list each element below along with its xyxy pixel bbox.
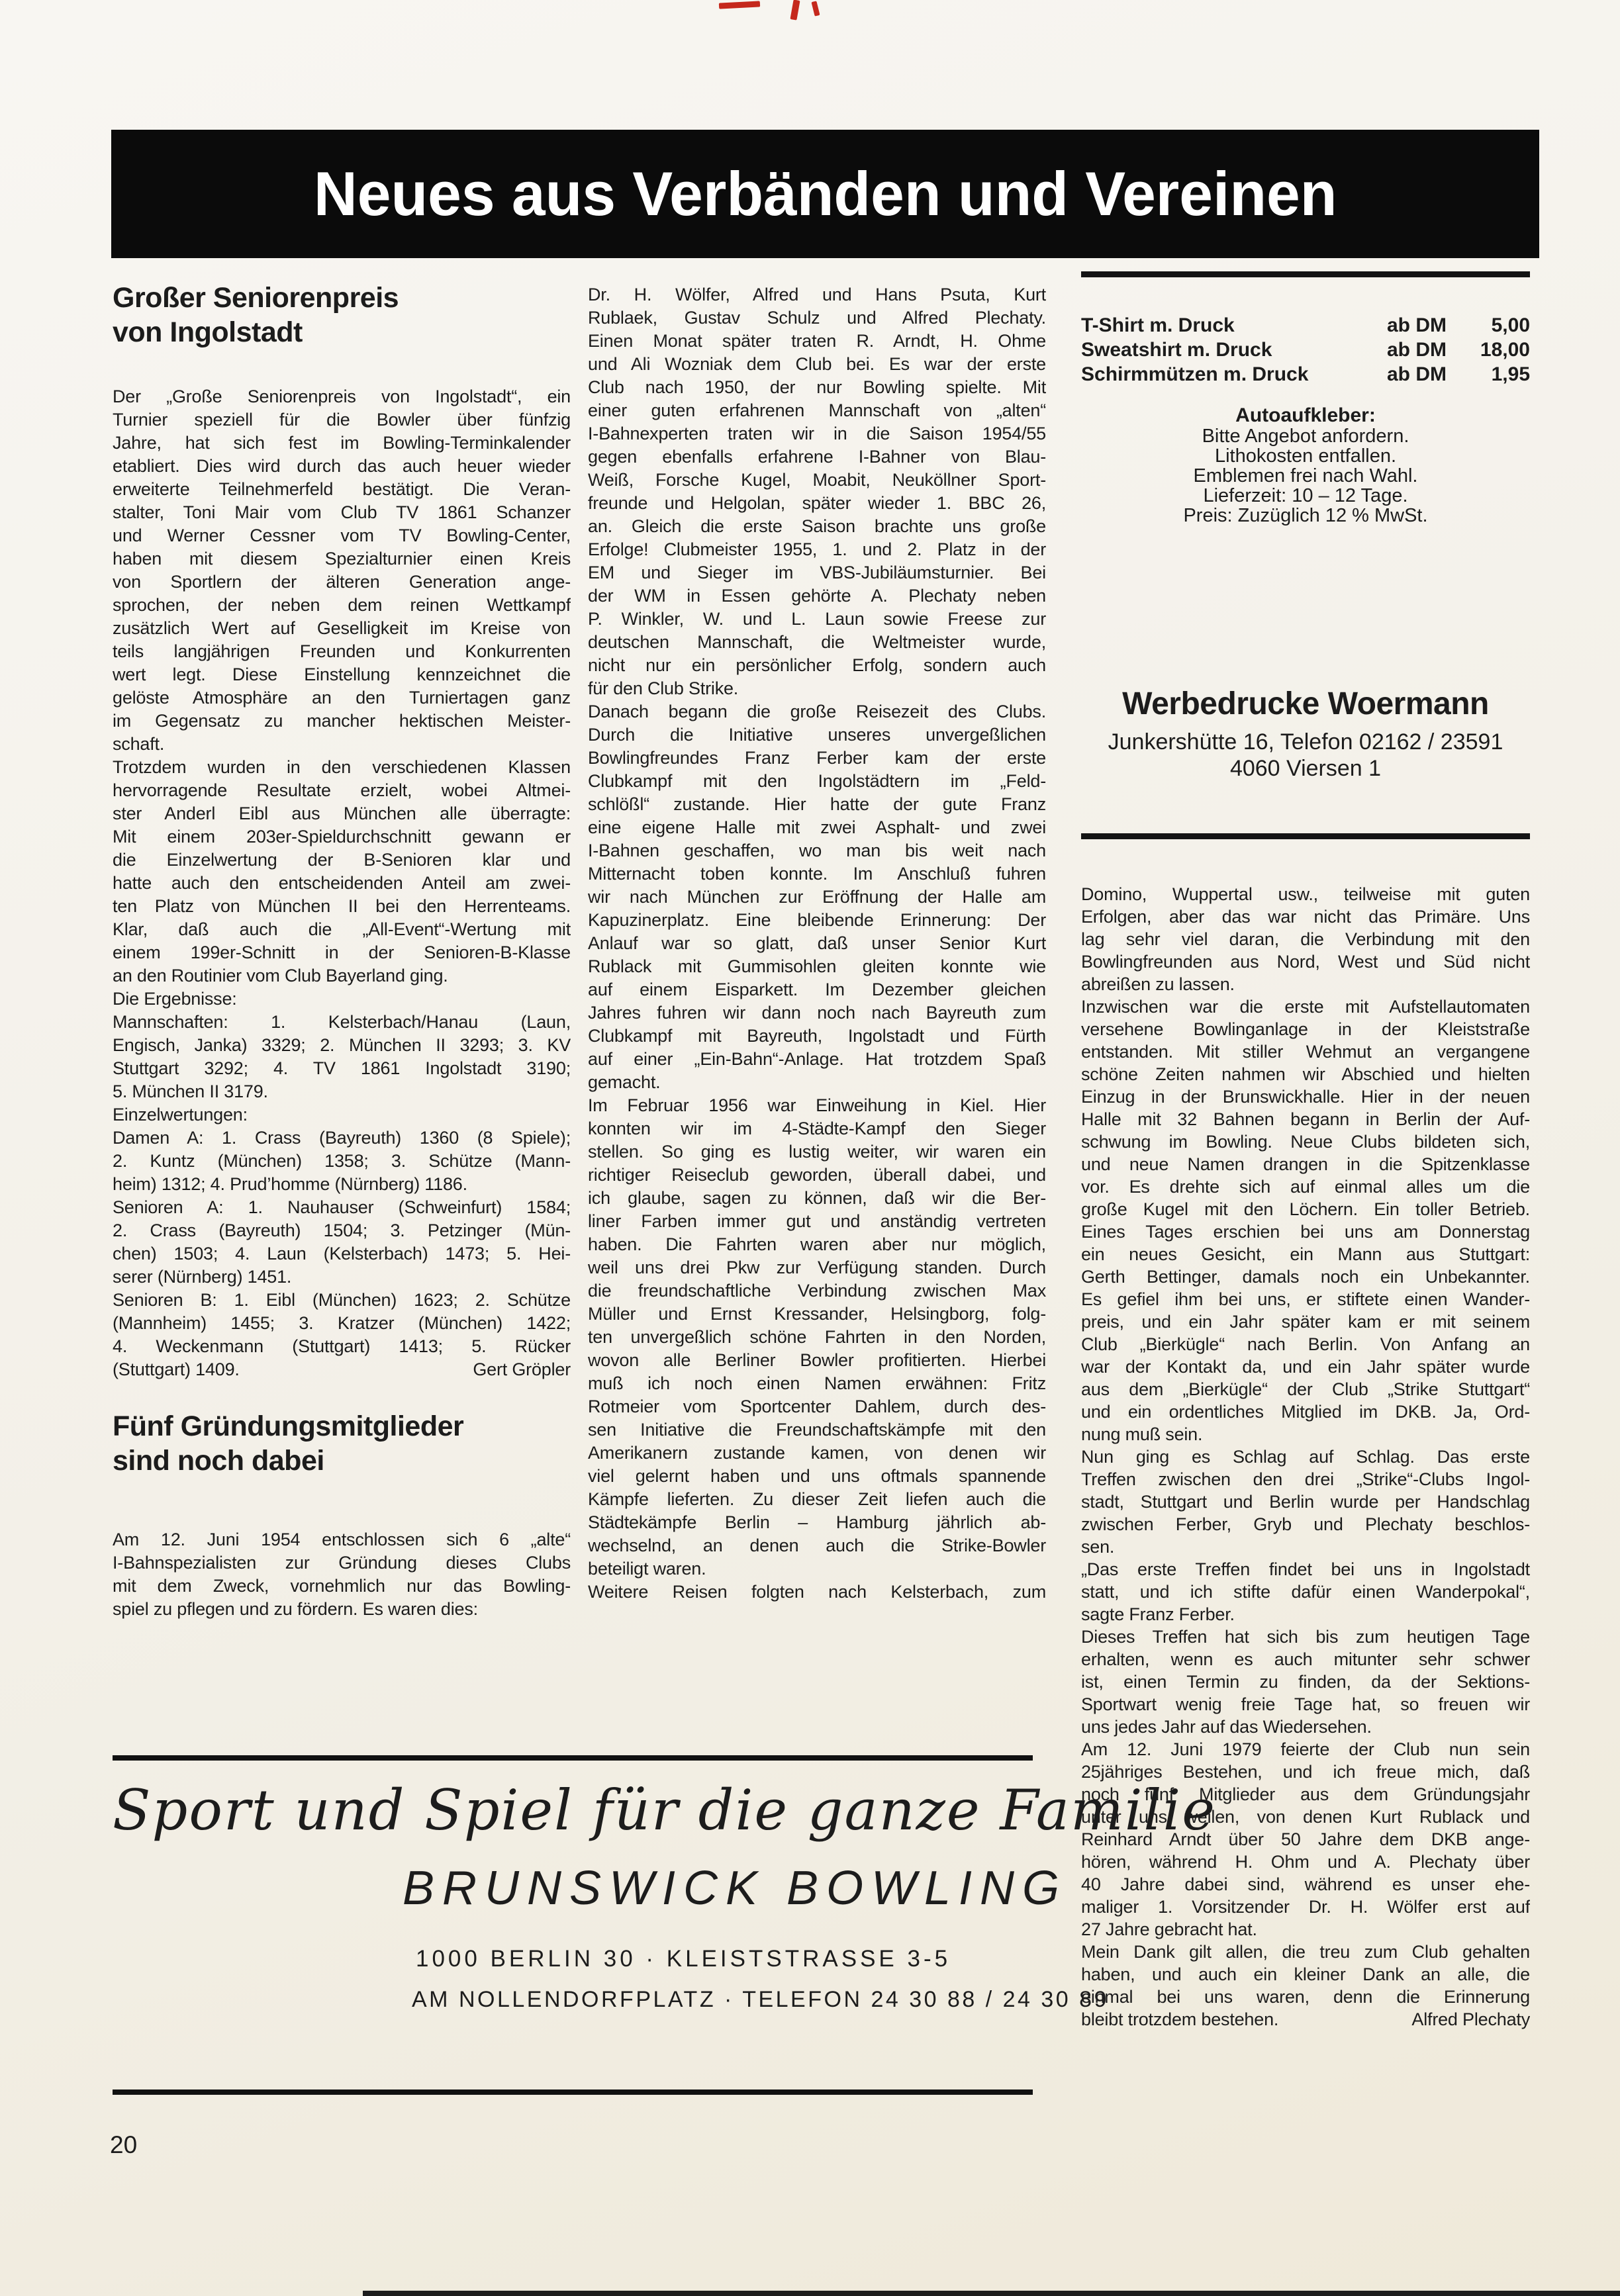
text-line: zwischen Ferber, Gryb und Plechaty besch…	[1081, 1513, 1530, 1536]
price-row: Schirmmützen m. Druckab DM1,95	[1081, 362, 1530, 387]
text-line: etabliert. Dies wird durch das auch heue…	[113, 455, 571, 478]
brunswick-ad-rule-bottom	[113, 2089, 1033, 2095]
text-line: eine eigene Halle mit zwei Asphalt- und …	[588, 816, 1046, 839]
text-line: Weiß, Forsche Kugel, Moabit, Neuköllner …	[588, 469, 1046, 492]
section-banner: Neues aus Verbänden und Vereinen	[111, 130, 1539, 258]
red-ink-mark	[719, 1, 760, 9]
woermann-sticker-lines: Bitte Angebot anfordern.Lithokosten entf…	[1081, 426, 1530, 526]
divider-middle	[1081, 833, 1530, 839]
price-currency: ab DM	[1387, 338, 1447, 362]
text-line: liner Farben immer gut und anständig ver…	[588, 1210, 1046, 1233]
text-line: (Stuttgart) 1409.Gert Gröpler	[113, 1358, 571, 1381]
price-label: Sweatshirt m. Druck	[1081, 338, 1272, 362]
text-line: schöne Zeiten nahmen wir Abschied und hi…	[1081, 1063, 1530, 1085]
section-banner-title: Neues aus Verbänden und Vereinen	[314, 158, 1337, 230]
text-line: der WM in Essen gehörte A. Plechaty nebe…	[588, 584, 1046, 608]
paragraph: Senioren B: 1. Eibl (München) 1623; 2. S…	[113, 1289, 571, 1381]
text-line: Fünf Gründungsmitglieder	[113, 1409, 571, 1444]
text-line: an den Routinier vom Club Bayerland ging…	[113, 964, 571, 987]
text-line: spiel zu pflegen und zu fördern. Es ware…	[113, 1598, 571, 1621]
article1-heading: Großer Seniorenpreisvon Ingolstadt	[113, 281, 571, 349]
text-line: I-Bahnexperten traten wir in die Saison …	[588, 422, 1046, 445]
text-line: Trotzdem wurden in den verschiedenen Kla…	[113, 756, 571, 779]
text-line: uns jedes Jahr auf das Wiedersehen.	[1081, 1716, 1530, 1738]
text-line: richtiger Reiseclub geworden, überall da…	[588, 1164, 1046, 1187]
text-line: Senioren B: 1. Eibl (München) 1623; 2. S…	[113, 1289, 571, 1312]
text-line: sind noch dabei	[113, 1444, 571, 1478]
text-line: für den Club Strike.	[588, 677, 1046, 700]
text-line: ten unvergeßlich schöne Fahrten in den N…	[588, 1326, 1046, 1349]
brunswick-ad-company: BRUNSWICK BOWLING	[403, 1861, 1033, 1915]
text-line: und Werner Cessner vom TV Bowling-Center…	[113, 524, 571, 547]
signature: Gert Gröpler	[473, 1358, 571, 1381]
divider-top	[1081, 271, 1530, 277]
text-line: gelöste Atmosphäre an den Turniertagen g…	[113, 686, 571, 710]
text-line: 2. Crass (Bayreuth) 1504; 3. Petzinger (…	[113, 1219, 571, 1242]
red-ink-mark	[790, 0, 800, 21]
text-line: Turnier speziell für die Bowler über fün…	[113, 408, 571, 432]
text-line: wovon alle Berliner Bowler profitierten.…	[588, 1349, 1046, 1372]
text-line: Durch die Initiative unseres unvergeßlic…	[588, 723, 1046, 747]
text-line: „Das erste Treffen findet bei uns in Ing…	[1081, 1558, 1530, 1581]
text-line: sen Initiative die Freundschaftskämpfe m…	[588, 1418, 1046, 1442]
text-line: viel gelernt haben und uns oftmals spann…	[588, 1465, 1046, 1488]
text-line: Müller und Ernst Kressander, Helsingborg…	[588, 1303, 1046, 1326]
text-line: Danach begann die große Reisezeit des Cl…	[588, 700, 1046, 723]
text-line: entstanden. Mit stiller Wehmut an vergan…	[1081, 1040, 1530, 1063]
signature: Alfred Plechaty	[1411, 2008, 1530, 2031]
text-line: 4060 Viersen 1	[1081, 755, 1530, 782]
text-line: (Mannheim) 1455; 3. Kratzer (München) 14…	[113, 1312, 571, 1335]
text-line: Großer Seniorenpreis	[113, 281, 571, 315]
text-line: Rublaek, Gustav Schulz und Alfred Plecha…	[588, 306, 1046, 330]
price-value: 18,00	[1457, 338, 1530, 362]
text-line: Mit einem 203er-Spieldurchschnitt gewann…	[113, 825, 571, 849]
text-line: serer (Nürnberg) 1451.	[113, 1265, 571, 1289]
paragraph: Senioren A: 1. Nauhauser (Schweinfurt) 1…	[113, 1196, 571, 1289]
text-line: Es gefiel ihm bei uns, er stiftete einen…	[1081, 1288, 1530, 1310]
paragraph: Trotzdem wurden in den verschiedenen Kla…	[113, 756, 571, 987]
paragraph: Im Februar 1956 war Einweihung in Kiel. …	[588, 1094, 1046, 1581]
text-line: wechselnd, an denen auch die Strike-Bowl…	[588, 1534, 1046, 1557]
text-line: Stuttgart 3292; 4. TV 1861 Ingolstadt 31…	[113, 1057, 571, 1080]
text-line: I-Bahnspezialisten zur Gründung dieses C…	[113, 1551, 571, 1575]
text-line: im Gegensatz zu mancher hektischen Meist…	[113, 710, 571, 733]
text-line: abreißen zu lassen.	[1081, 973, 1530, 995]
text-line: Einen Monat später traten R. Arndt, H. O…	[588, 330, 1046, 353]
text-line: lag sehr viel daran, die Verbindung mit …	[1081, 928, 1530, 950]
text-line: weil uns drei Pkw zur Verfügung standen.…	[588, 1256, 1046, 1279]
text-line: ich glaube, sagen zu können, daß wir die…	[588, 1187, 1046, 1210]
text-line: einem 199er-Schnitt in der Senioren-B-Kl…	[113, 941, 571, 964]
text-line: Die Ergebnisse:	[113, 987, 571, 1011]
column-left: Großer Seniorenpreisvon Ingolstadt Der „…	[113, 281, 571, 1621]
text-line: preis, und ein Jahr später kam er mit se…	[1081, 1310, 1530, 1333]
page-number: 20	[110, 2131, 137, 2159]
paragraph: Dieses Treffen hat sich bis zum heutigen…	[1081, 1626, 1530, 1738]
text-line: muß ich noch einen Namen erwähnen: Fritz	[588, 1372, 1046, 1395]
text-line: und ein ordentliches Mitglied im DKB. Ja…	[1081, 1401, 1530, 1423]
text-line: Mannschaften: 1. Kelsterbach/Hanau (Laun…	[113, 1011, 571, 1034]
text-line: 40 Jahre dabei sind, während es unser eh…	[1081, 1873, 1530, 1896]
paragraph: „Das erste Treffen findet bei uns in Ing…	[1081, 1558, 1530, 1626]
paragraph: Nun ging es Schlag auf Schlag. Das erste…	[1081, 1446, 1530, 1558]
paragraph: Damen A: 1. Crass (Bayreuth) 1360 (8 Spi…	[113, 1126, 571, 1196]
text-line: heim) 1312; 4. Prud’homme (Nürnberg) 118…	[113, 1173, 571, 1196]
text-line: sen.	[1081, 1536, 1530, 1558]
woermann-sticker-block: Autoaufkleber: Bitte Angebot anfordern.L…	[1081, 405, 1530, 526]
paragraph: Danach begann die große Reisezeit des Cl…	[588, 700, 1046, 1094]
text-line: Einzelwertungen:	[113, 1103, 571, 1126]
text-line: Bowlingfreundes Franz Ferber kam der ers…	[588, 747, 1046, 770]
article2-column2-text: Dr. H. Wölfer, Alfred und Hans Psuta, Ku…	[588, 283, 1046, 1604]
text-line: Engisch, Janka) 3329; 2. München II 3293…	[113, 1034, 571, 1057]
text-line: aus dem „Bierkügle“ der Club „Strike Stu…	[1081, 1378, 1530, 1401]
text-line: Club „Bierkügle“ nach Berlin. Von Anfang…	[1081, 1333, 1530, 1355]
price-value: 1,95	[1457, 362, 1530, 387]
text-line: Lithokosten entfallen.	[1081, 446, 1530, 466]
text-line: auf einem Eisparkett. Im Dezember gleich…	[588, 978, 1046, 1001]
text-line: Dieses Treffen hat sich bis zum heutigen…	[1081, 1626, 1530, 1648]
text-line: einmal bei uns waren, denn die Erinnerun…	[1081, 1986, 1530, 2008]
text-line: Amerikanern zustande kamen, von denen wi…	[588, 1442, 1046, 1465]
text-line: gegen ebenfalls erfahrene I-Bahner von B…	[588, 445, 1046, 469]
text-line: große Kugel mit den Löchern. Ein toller …	[1081, 1198, 1530, 1220]
text-line: sagte Franz Ferber.	[1081, 1603, 1530, 1626]
woermann-address: Junkershütte 16, Telefon 02162 / 2359140…	[1081, 729, 1530, 782]
paragraph: Der „Große Seniorenpreis von Ingolstadt“…	[113, 385, 571, 756]
text-line: chen) 1503; 4. Laun (Kelsterbach) 1473; …	[113, 1242, 571, 1265]
text-line: Einzug in der Brunswickhalle. Hier in de…	[1081, 1085, 1530, 1108]
text-line: Gerth Bettinger, damals noch ein Unbekan…	[1081, 1265, 1530, 1288]
brunswick-ad-phone-line: AM NOLLENDORFPLATZ · TELEFON 24 30 88 / …	[412, 1987, 1033, 2013]
text-line: gemacht.	[588, 1071, 1046, 1094]
price-label: Schirmmützen m. Druck	[1081, 362, 1308, 387]
text-line: 4. Weckenmann (Stuttgart) 1413; 5. Rücke…	[113, 1335, 571, 1358]
text-line: und Ali Wozniak dem Club bei. Es war der…	[588, 353, 1046, 376]
text-line: ein neues Gesicht, ein Mann aus Stuttgar…	[1081, 1243, 1530, 1265]
text-line: nicht nur ein persönlicher Erfolg, sonde…	[588, 654, 1046, 677]
text-line: Domino, Wuppertal usw., teilweise mit gu…	[1081, 883, 1530, 905]
text-line: ist, einen Termin zu finden, da der Sekt…	[1081, 1671, 1530, 1693]
text-line: freunde und Helgolan, später wieder 1. B…	[588, 492, 1046, 515]
text-line: ten Platz von München II bei den Herrent…	[113, 895, 571, 918]
text-line: Im Februar 1956 war Einweihung in Kiel. …	[588, 1094, 1046, 1117]
text-line: sprochen, der neben dem reinen Wettkampf	[113, 594, 571, 617]
text-line: Damen A: 1. Crass (Bayreuth) 1360 (8 Spi…	[113, 1126, 571, 1150]
text-line: bleibt trotzdem bestehen.	[1081, 2008, 1278, 2031]
text-line: wert legt. Diese Einstellung kennzeichne…	[113, 663, 571, 686]
text-line: 5. München II 3179.	[113, 1080, 571, 1103]
column-right: T-Shirt m. Druckab DM5,00Sweatshirt m. D…	[1081, 271, 1530, 2031]
text-line: stellen. So ging es lustig weiter, wir w…	[588, 1140, 1046, 1164]
text-line: beteiligt waren.	[588, 1557, 1046, 1581]
price-currency: ab DM	[1387, 362, 1447, 387]
text-line: Sportwart wenig freie Tage hat, so freue…	[1081, 1693, 1530, 1716]
text-line: wir nach München zur Eröffnung der Halle…	[588, 886, 1046, 909]
text-line: P. Winkler, W. und L. Laun sowie Freese …	[588, 608, 1046, 631]
magazine-page: { "colors":{"paper":"#f3f0e9","ink":"#1c…	[0, 0, 1620, 2296]
text-line: Erfolgen, aber das war nicht das Primäre…	[1081, 905, 1530, 928]
price-value: 5,00	[1457, 313, 1530, 338]
text-line: schlößl“ zustande. Hier hatte der gute F…	[588, 793, 1046, 816]
text-line: Bitte Angebot anfordern.	[1081, 426, 1530, 446]
paragraph: Einzelwertungen:	[113, 1103, 571, 1126]
text-line: teils langjährigen Freunden und Konkurre…	[113, 640, 571, 663]
text-line: Am 12. Juni 1979 feierte der Club nun se…	[1081, 1738, 1530, 1761]
scan-bottom-edge	[363, 2291, 1620, 2296]
text-line: maliger 1. Vorsitzender Dr. H. Wölfer er…	[1081, 1896, 1530, 1918]
article1-text: Der „Große Seniorenpreis von Ingolstadt“…	[113, 385, 571, 1381]
text-line: 27 Jahre gebracht hat.	[1081, 1918, 1530, 1941]
woermann-sticker-heading: Autoaufkleber:	[1081, 405, 1530, 426]
text-line: statt, und ich stifte dafür einen Wander…	[1081, 1581, 1530, 1603]
paragraph: Mein Dank gilt allen, die treu zum Club …	[1081, 1941, 1530, 2031]
paragraph: Weitere Reisen folgten nach Kelsterbach,…	[588, 1581, 1046, 1604]
text-line: Club nach 1950, der nur Bowling spielte.…	[588, 376, 1046, 399]
text-line: Preis: Zuzüglich 12 % MwSt.	[1081, 506, 1530, 526]
text-line: von Sportlern der älteren Generation ang…	[113, 571, 571, 594]
text-line: I-Bahnen geschaffen, wo man bis weit nac…	[588, 839, 1046, 862]
paragraph: Am 12. Juni 1954 entschlossen sich 6 „al…	[113, 1528, 571, 1621]
text-line: Rublack mit Gummisohlen gleiten konnte w…	[588, 955, 1046, 978]
text-line: deutschen Mannschaft, die Weltmeister wu…	[588, 631, 1046, 654]
text-line: Nun ging es Schlag auf Schlag. Das erste	[1081, 1446, 1530, 1468]
text-line: Treffen zwischen den drei „Strike“-Clubs…	[1081, 1468, 1530, 1491]
woermann-price-list: T-Shirt m. Druckab DM5,00Sweatshirt m. D…	[1081, 313, 1530, 387]
text-line: hatte auch den entscheidenden Anteil am …	[113, 872, 571, 895]
text-line: konnten wir im 4-Städte-Kampf den Sieger	[588, 1117, 1046, 1140]
text-line: haben, und auch ein kleiner Dank an alle…	[1081, 1963, 1530, 1986]
woermann-company-name: Werbedrucke Woermann	[1081, 686, 1530, 722]
text-line: Der „Große Seniorenpreis von Ingolstadt“…	[113, 385, 571, 408]
text-line: Weitere Reisen folgten nach Kelsterbach,…	[588, 1581, 1046, 1604]
text-line: Anlauf war so glatt, daß unser Senior Ku…	[588, 932, 1046, 955]
text-line: hervorragende Resultate erzielt, wobei A…	[113, 779, 571, 802]
text-line: Kapuzinerplatz. Eine bleibende Erinnerun…	[588, 909, 1046, 932]
text-line: zusätzlich Wert auf Geselligkeit im Krei…	[113, 617, 571, 640]
text-line: Mein Dank gilt allen, die treu zum Club …	[1081, 1941, 1530, 1963]
brunswick-ad-slogan: Sport und Spiel für die ganze Familie	[113, 1778, 1033, 1843]
text-line: Dr. H. Wölfer, Alfred und Hans Psuta, Ku…	[588, 283, 1046, 306]
text-line: nung muß sein.	[1081, 1423, 1530, 1446]
brunswick-ad-rule-top	[113, 1755, 1033, 1761]
text-line: erhalten, wenn es auch mitunter sehr sch…	[1081, 1648, 1530, 1671]
brunswick-ad-address: 1000 BERLIN 30 · KLEISTSTRASSE 3-5	[416, 1946, 1033, 1972]
text-line: versehene Bowlinganlage in der Kleiststr…	[1081, 1018, 1530, 1040]
text-line: haben mit diesem Spezialturnier einen Kr…	[113, 547, 571, 571]
brunswick-ad: Sport und Spiel für die ganze Familie BR…	[113, 1755, 1033, 2095]
text-line: Klar, daß auch die „All-Event“-Wertung m…	[113, 918, 571, 941]
text-line: auf einer „Ein-Bahn“-Anlage. Hat trotzde…	[588, 1048, 1046, 1071]
price-row: T-Shirt m. Druckab DM5,00	[1081, 313, 1530, 338]
article2-heading: Fünf Gründungsmitgliedersind noch dabei	[113, 1409, 571, 1478]
text-line: schwung im Bowling. Neue Clubs bildeten …	[1081, 1130, 1530, 1153]
text-line: die freundschaftliche Verbindung zwische…	[588, 1279, 1046, 1303]
text-line: ster Anderl Eibl aus München alle überra…	[113, 802, 571, 825]
text-line: Jahre, hat sich fest im Bowling-Terminka…	[113, 432, 571, 455]
article2-column3-text: Domino, Wuppertal usw., teilweise mit gu…	[1081, 883, 1530, 2031]
text-line: Lieferzeit: 10 – 12 Tage.	[1081, 486, 1530, 506]
text-line: bleibt trotzdem bestehen.Alfred Plechaty	[1081, 2008, 1530, 2031]
text-line: Kämpfe lieferten. Zu dieser Zeit liefen …	[588, 1488, 1046, 1511]
text-line: schaft.	[113, 733, 571, 756]
text-line: einer guten erfahrenen Mannschaft von „a…	[588, 399, 1046, 422]
text-line: und neue Namen drangen in die Spitzenkla…	[1081, 1153, 1530, 1175]
text-line: EM und Sieger im VBS-Jubiläumsturnier. B…	[588, 561, 1046, 584]
text-line: Halle mit 32 Bahnen begann in Berlin der…	[1081, 1108, 1530, 1130]
price-currency: ab DM	[1387, 313, 1447, 338]
text-line: Junkershütte 16, Telefon 02162 / 23591	[1081, 729, 1530, 755]
text-line: erweiterte Teilnehmerfeld bestätigt. Die…	[113, 478, 571, 501]
paragraph: Die Ergebnisse:	[113, 987, 571, 1011]
text-line: Städtekämpfe Berlin – Hamburg jährlich a…	[588, 1511, 1046, 1534]
red-ink-mark	[811, 1, 820, 16]
text-line: Inzwischen war die erste mit Aufstellaut…	[1081, 995, 1530, 1018]
price-row: Sweatshirt m. Druckab DM18,00	[1081, 338, 1530, 362]
text-line: Clubkampf mit Bayreuth, Ingolstadt und F…	[588, 1025, 1046, 1048]
text-line: Erfolge! Clubmeister 1955, 1. und 2. Pla…	[588, 538, 1046, 561]
text-line: vor. Es drehte sich auf einmal alles um …	[1081, 1175, 1530, 1198]
price-label: T-Shirt m. Druck	[1081, 313, 1235, 338]
paragraph: Dr. H. Wölfer, Alfred und Hans Psuta, Ku…	[588, 283, 1046, 700]
text-line: hören, während H. Ohm und A. Plechaty üb…	[1081, 1851, 1530, 1873]
text-line: Jahres fuhren wir dann noch nach Bayreut…	[588, 1001, 1046, 1025]
column-middle: Dr. H. Wölfer, Alfred und Hans Psuta, Ku…	[588, 283, 1046, 1604]
paragraph: Inzwischen war die erste mit Aufstellaut…	[1081, 995, 1530, 1446]
text-line: Emblemen frei nach Wahl.	[1081, 466, 1530, 486]
text-line: Clubkampf mit den Ingolstädtern im „Feld…	[588, 770, 1046, 793]
text-line: Rotmeier vom Sportcenter Dahlem, durch d…	[588, 1395, 1046, 1418]
text-line: Mitternacht toben konnte. Im Anschluß fu…	[588, 862, 1046, 886]
text-line: stadt, Stuttgart und Berlin wurde per Ha…	[1081, 1491, 1530, 1513]
text-line: von Ingolstadt	[113, 315, 571, 349]
text-line: 2. Kuntz (München) 1358; 3. Schütze (Man…	[113, 1150, 571, 1173]
text-line: Am 12. Juni 1954 entschlossen sich 6 „al…	[113, 1528, 571, 1551]
text-line: Bowlingfreunden aus Nord, West und Süd n…	[1081, 950, 1530, 973]
text-line: Senioren A: 1. Nauhauser (Schweinfurt) 1…	[113, 1196, 571, 1219]
text-line: (Stuttgart) 1409.	[113, 1358, 240, 1381]
text-line: mit dem Zweck, vornehmlich nur das Bowli…	[113, 1575, 571, 1598]
text-line: stalter, Toni Mair vom Club TV 1861 Scha…	[113, 501, 571, 524]
text-line: Eines Tages erschien bei uns am Donnerst…	[1081, 1220, 1530, 1243]
paragraph: Domino, Wuppertal usw., teilweise mit gu…	[1081, 883, 1530, 995]
text-line: war der Kontakt da, und ein Jahr später …	[1081, 1355, 1530, 1378]
text-line: haben. Die Fahrten waren aber nur möglic…	[588, 1233, 1046, 1256]
text-line: die Einzelwertung der B-Senioren klar un…	[113, 849, 571, 872]
article2-intro-text: Am 12. Juni 1954 entschlossen sich 6 „al…	[113, 1528, 571, 1621]
text-line: an. Gleich die erste Saison brachte uns …	[588, 515, 1046, 538]
paragraph: Mannschaften: 1. Kelsterbach/Hanau (Laun…	[113, 1011, 571, 1103]
